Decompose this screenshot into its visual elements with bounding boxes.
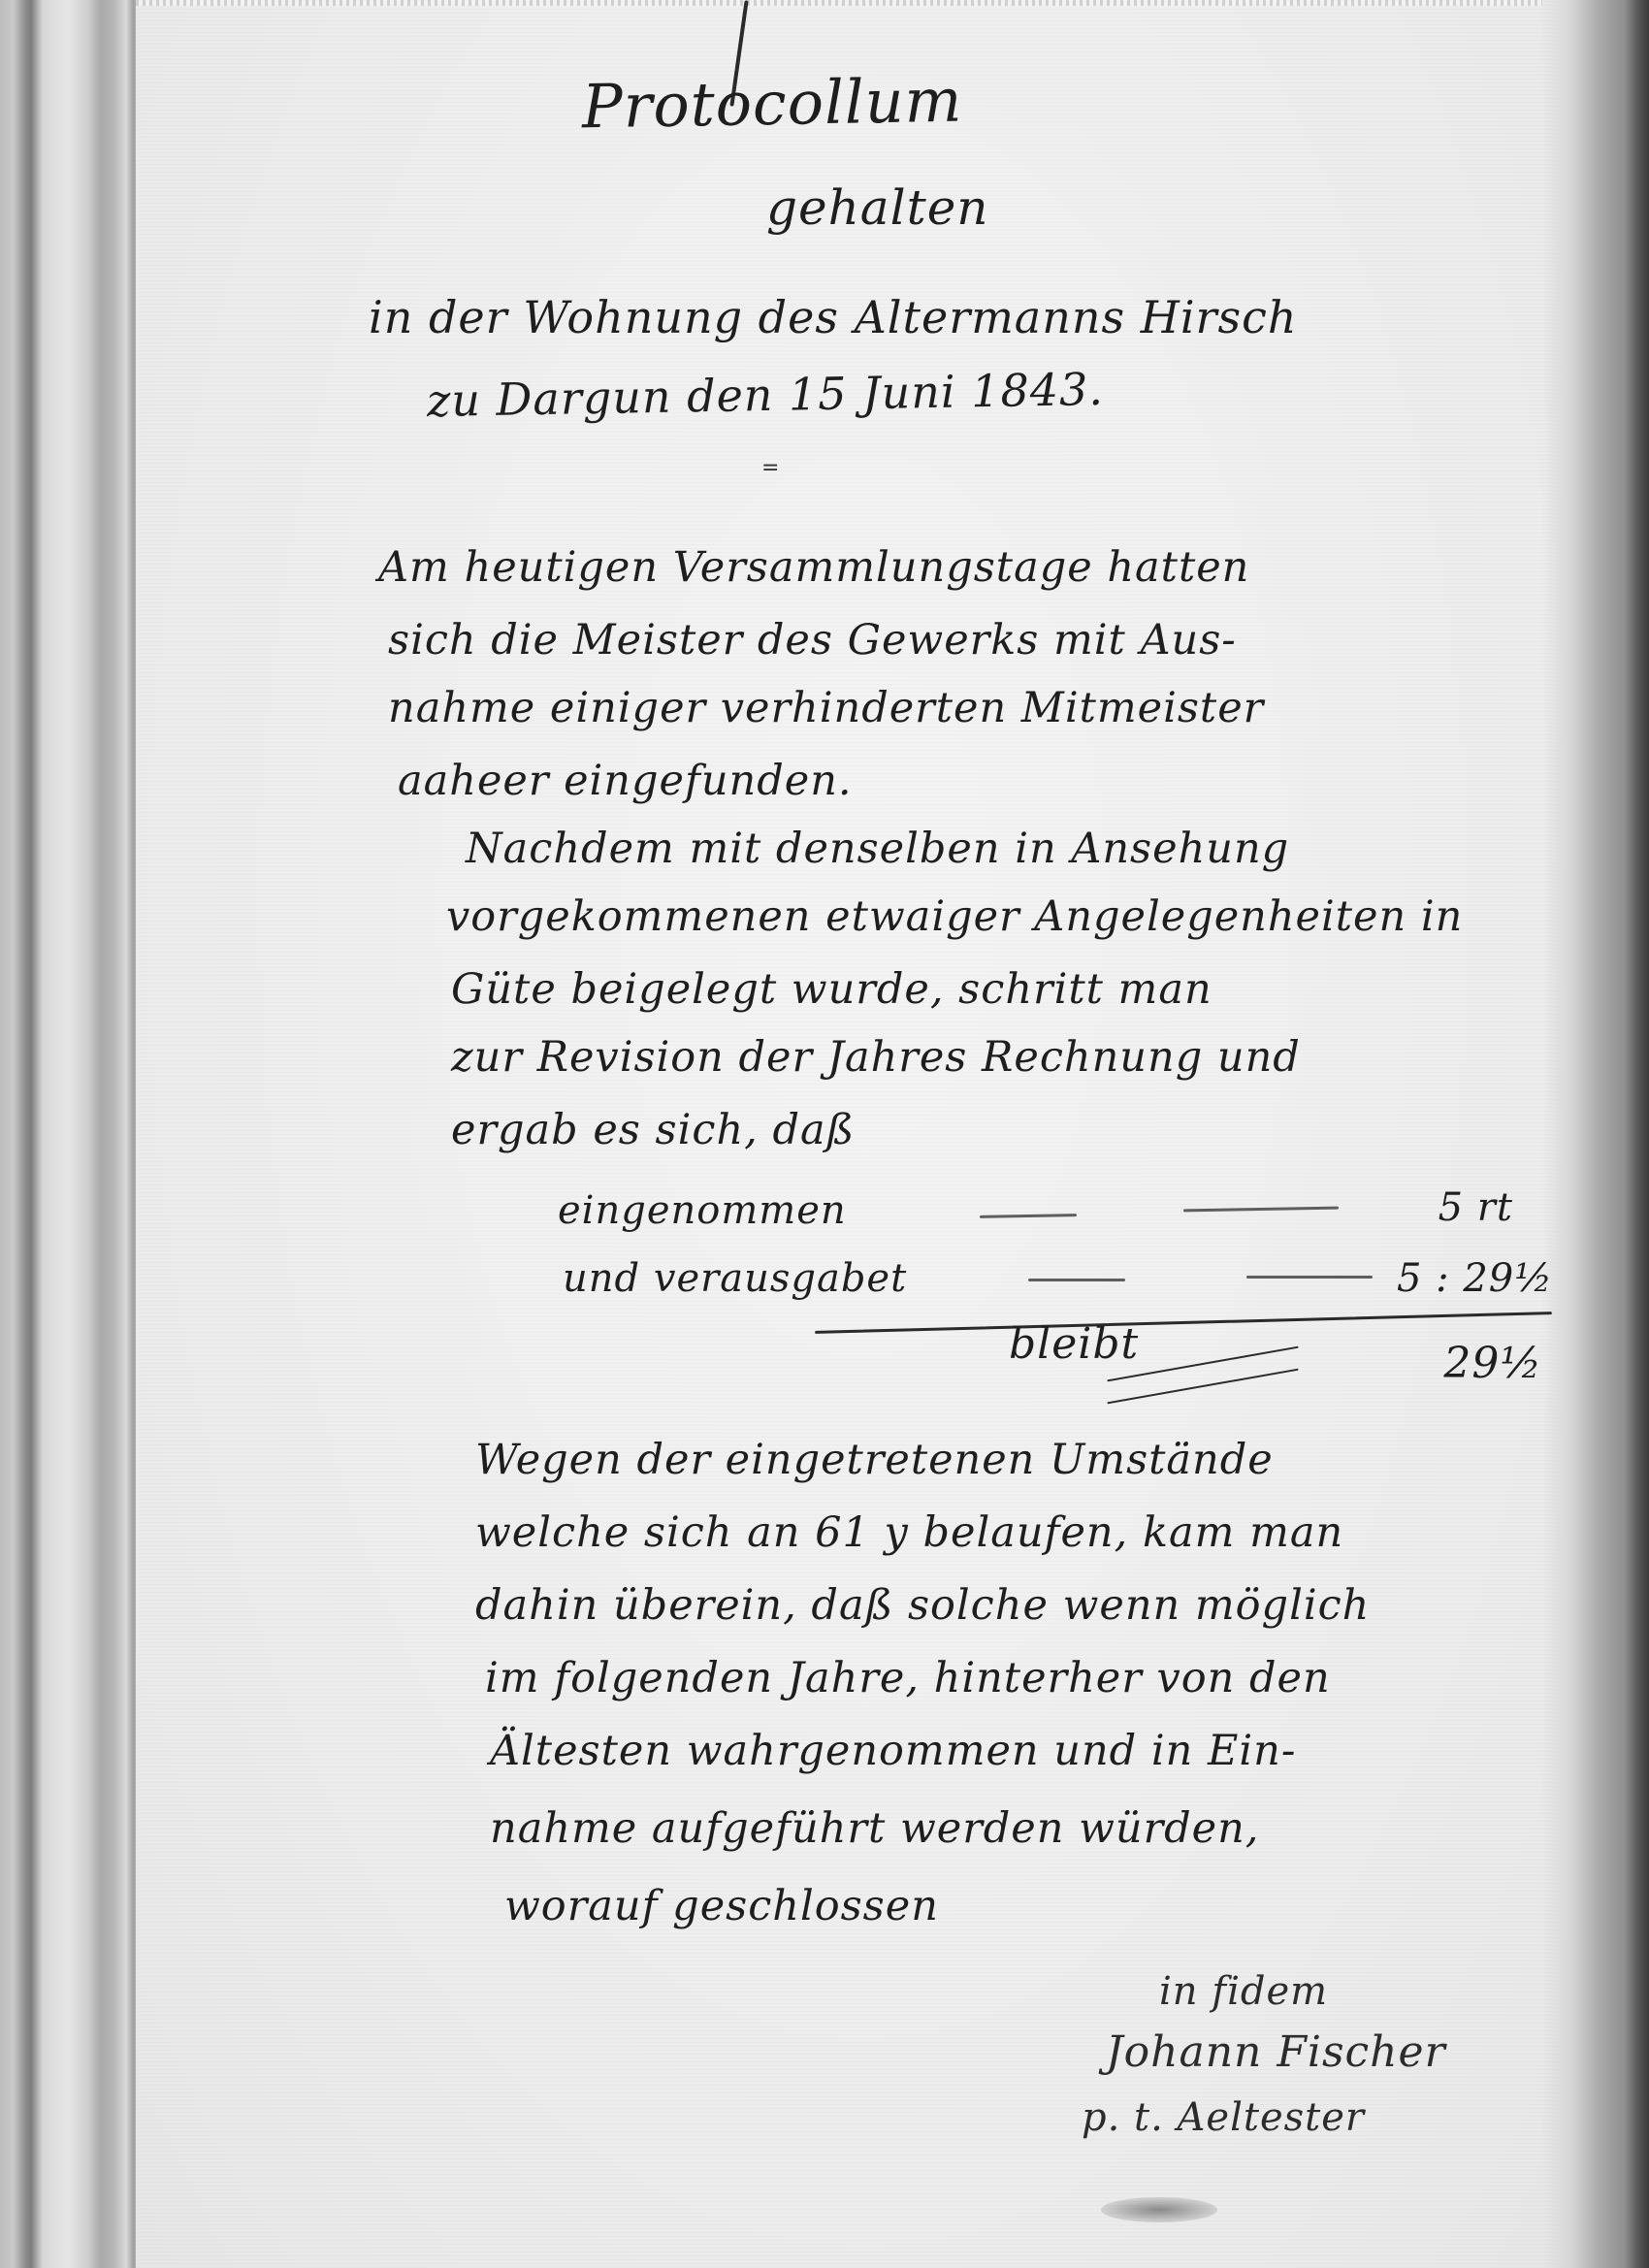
account-dash bbox=[1246, 1276, 1373, 1279]
account-value-expense: 5 : 29½ bbox=[1397, 1256, 1533, 1301]
paragraph-1-line: zur Revision der Jahres Rechnung und bbox=[451, 1033, 1301, 1082]
paragraph-2-line: welche sich an 61 y belaufen, kam man bbox=[475, 1508, 1343, 1557]
account-label-expense: und verausgabet bbox=[563, 1256, 907, 1301]
page-top-edge bbox=[136, 0, 1542, 6]
page-right-edge-shadow bbox=[1542, 0, 1649, 2268]
account-value-income: 5 rt bbox=[1377, 1185, 1513, 1230]
paragraph-1-line: Am heutigen Versammlungstage hatten bbox=[378, 543, 1249, 592]
ink-smudge bbox=[1101, 2197, 1217, 2222]
paragraph-2-line: Ältesten wahrgenommen und in Ein- bbox=[490, 1727, 1296, 1775]
paragraph-2-line: im folgenden Jahre, hinterher von den bbox=[485, 1654, 1331, 1702]
separator-mark: = bbox=[761, 456, 779, 480]
document-subtitle: gehalten bbox=[766, 179, 988, 236]
paragraph-1-line: aaheer eingefunden. bbox=[398, 757, 853, 805]
paragraph-1-line: Güte beigelegt wurde, schritt man bbox=[451, 965, 1212, 1014]
scanned-document-page: Protocollum gehalten in der Wohnung des … bbox=[0, 0, 1649, 2268]
document-title: Protocollum bbox=[581, 65, 963, 143]
paragraph-2-line: Wegen der eingetretenen Umstände bbox=[475, 1436, 1274, 1484]
paragraph-1-line: nahme einiger verhinderten Mitmeister bbox=[388, 684, 1264, 732]
paragraph-2-line: nahme aufgeführt werden würden, bbox=[490, 1804, 1259, 1853]
paragraph-1-line: sich die Meister des Gewerks mit Aus- bbox=[388, 616, 1237, 664]
account-label-income: eingenommen bbox=[558, 1188, 847, 1233]
account-dash bbox=[1028, 1279, 1125, 1281]
paragraph-1-line: ergab es sich, daß bbox=[451, 1106, 855, 1154]
account-balance-value: 29½ bbox=[1406, 1339, 1542, 1388]
signature-attestation: in fidem bbox=[1159, 1969, 1328, 2014]
paragraph-1-line: vorgekommenen etwaiger Angelegenheiten i… bbox=[446, 892, 1463, 941]
paragraph-2-line: dahin überein, daß solche wenn möglich bbox=[475, 1581, 1370, 1630]
account-balance-label: bleibt bbox=[1009, 1319, 1139, 1369]
header-line-location: in der Wohnung des Altermanns Hirsch bbox=[369, 291, 1298, 343]
paragraph-2-line: worauf geschlossen bbox=[504, 1882, 939, 1930]
signature-title: p. t. Aeltester bbox=[1082, 2095, 1365, 2140]
book-binding-gutter bbox=[0, 0, 141, 2268]
signature-name: Johann Fischer bbox=[1106, 2027, 1446, 2077]
paragraph-1-line: Nachdem mit denselben in Ansehung bbox=[466, 825, 1289, 873]
